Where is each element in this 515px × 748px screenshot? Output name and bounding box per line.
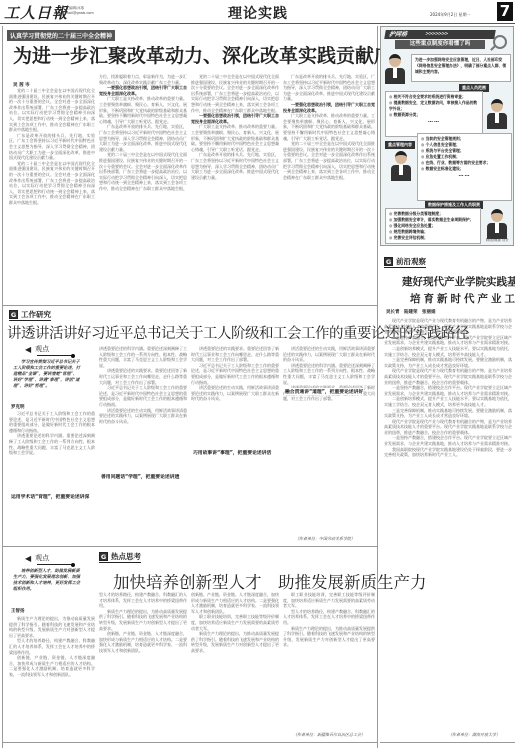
lead-col-2: 方位，找准履职着力点，彰显新作为，为进一步汇聚改革动力、深化改革实践贡献广东工会… (99, 74, 187, 304)
infographic-banner: 护网格 >>>>>>> (384, 30, 496, 39)
frontier-tag: G 前沿观察 (384, 256, 426, 268)
viewpoint-rule (37, 355, 73, 356)
person-illustration (385, 54, 405, 84)
hot-thinking-byline: 王智扬 (11, 608, 25, 614)
hot-thinking-credit: （作者单位：新疆维吾尔自治区总工会） (293, 732, 365, 738)
work-study-subhead-3: 巧用故事讲“事理”，把重要论述讲活 (193, 449, 271, 456)
frontier-body: 现代产业学院是现代产业与现代教育有机融合的产物，是为产业培养高素质技术技能人才的… (384, 318, 512, 732)
work-study-col-2: 讲透重要论述的科学内涵。重要论述深刻阐释了工人阶级和工会工作的一系列方向性、根本… (99, 346, 187, 546)
section-3-list: ◎ 完善数据分级分类管理制度； ◎ 加强数据安全审计，落实数据全生命周期保护； … (385, 208, 481, 244)
hot-thinking-col-4: 职工职业技能培训，完善职工技能等级评价制度，加快培养适应新质生产力发展需要的高素… (283, 592, 375, 732)
section-2-label: 重点管理内容 (385, 141, 415, 149)
lead-col-4: 广东是改革开放的排头兵、先行地、实验区，广东工会将坚持以习近平新时代中国特色社会… (283, 74, 375, 304)
work-study-col-4: 讲活重要论述的生动实践，用鲜活故事讲清重要论述的实践伟力，以案例展现广大职工群众… (283, 346, 375, 546)
lead-col-3: 党的二十届三中全会是在以中国式现代化全面推进强国建设、民族复兴伟业的关键时期召开… (191, 74, 279, 304)
main-articles-area: 认真学习贯彻党的二十届三中全会精神 为进一步汇聚改革动力、深化改革实践贡献广东工… (2, 26, 378, 748)
speaker-icon: ◀ (25, 345, 31, 354)
work-study-credit: （作者单位：中国劳动关系学院） (295, 536, 355, 542)
section-1-list: ◎ 相关不符合安全要求的系统进行资格审查； ◎ 提高数据安全，定义数据访问，审核… (385, 91, 483, 137)
newspaper-logo: 工人日報 (4, 2, 68, 23)
infographic-intro: 为进一步加强网络安全应急管理，近日，人社部印发《网络信息安全管理办法》，明确了部… (411, 54, 511, 82)
divider (3, 546, 378, 547)
frontier-headline-2: 培育新时代产业工人 (410, 291, 515, 306)
viewpoint-rule (37, 564, 73, 565)
hot-thinking-col-2: 型人才的培养路径，构建产教融合、科教融汇的人才培养体系，发挥工会在人才培养中的桥… (99, 592, 187, 746)
lead-kicker: 认真学习贯彻党的二十届三中全会精神 (7, 30, 115, 41)
section-title: 理论实践 (228, 3, 288, 23)
person-illustration (487, 209, 507, 239)
infographic: 护网格 >>>>>>> 这些重点制度你看懂了吗 为进一步加强网络安全应急管理，近… (380, 26, 514, 246)
divider (3, 742, 378, 743)
work-study-subhead-1: 运用学术话“背理”，把重要论述讲深 (11, 493, 89, 500)
divider (380, 742, 515, 743)
arrows-decoration: >>>>>>> (424, 30, 448, 39)
column-logo-icon: G (9, 310, 18, 319)
person-illustration (391, 151, 411, 181)
frontier-headline-1: 建好现代产业学院实践基地 (402, 274, 515, 289)
column-logo-icon: G (384, 257, 393, 266)
hot-thinking-viewpoint: ◀ 观点 培养创新型人才，助推发展新质生产力，要强化发展理念创新、加强技术创新和… (7, 553, 87, 592)
work-study-tag: G 工作研究 (9, 309, 51, 321)
hot-thinking-col-3: 创新链、产业链、资金链、人才链深度融合，加快形成与新质生产力相适应的人才结构。二… (191, 592, 279, 746)
lead-col-1: 党的二十届三中全会是在以中国式现代化全面推进强国建设、民族复兴伟业的关键时期召开… (9, 88, 95, 304)
infographic-credit: 制图/雨滴 设计 (486, 238, 509, 243)
section-2-list: ◎ 当前的安全管理规则； ◎ 个人信息安全管理； ◎ 系统与平台安全管理； ◎ … (417, 133, 512, 201)
column-logo-icon: G (99, 552, 108, 561)
page-number: 7 (497, 2, 513, 21)
work-study-col-1: 习近平总书记关于工人阶级和工会工作的重要论述，是习近平新时代中国特色社会主义思想… (9, 411, 95, 546)
dateline: 2024年9月2日 星期一 (430, 12, 471, 18)
work-study-viewpoint: ◀ 观点 学习宣传贯彻习近平总书记关于工人阶级和工会工作的重要论述，打造精品“金… (7, 344, 87, 389)
sidebar-area: 护网格 >>>>>>> 这些重点制度你看懂了吗 为进一步加强网络安全应急管理，近… (380, 26, 515, 748)
divider (3, 305, 378, 306)
speaker-icon: ◀ (25, 554, 31, 563)
editor-info: 责任编辑/冰寒 E-mail@grwb.com (62, 6, 94, 15)
masthead: 工人日報 责任编辑/冰寒 E-mail@grwb.com 理论实践 2024年9… (0, 0, 515, 24)
work-study-byline: 罗克明 (11, 404, 25, 410)
work-study-subhead-4: 融合贯通讲“道理”，把重要论述讲好 (285, 388, 363, 395)
hot-thinking-col-1: 新质生产力理论的提出，为推动高质量发展提供了科学指引。随着科技的飞速发展和产业结… (9, 616, 95, 746)
magnifier-icon (493, 35, 507, 49)
frontier-credit: （作者单位：湖南开放大学） (448, 732, 500, 738)
work-study-col-3: 讲透重要论述的实践要求。重要论述回答了新时代工运事业和工会工作向哪里走、走什么路… (191, 346, 279, 546)
person-illustration (487, 99, 507, 129)
frontier-byline: 吴长青 陆建荣 张丽娟 (386, 309, 436, 315)
work-study-subhead-2: 善用问题话“学理”，把重要论述讲透 (101, 473, 179, 480)
infographic-subtitle: 这些重点制度你看懂了吗 (395, 40, 485, 49)
hot-thinking-tag: G 热点思考 (99, 551, 141, 563)
